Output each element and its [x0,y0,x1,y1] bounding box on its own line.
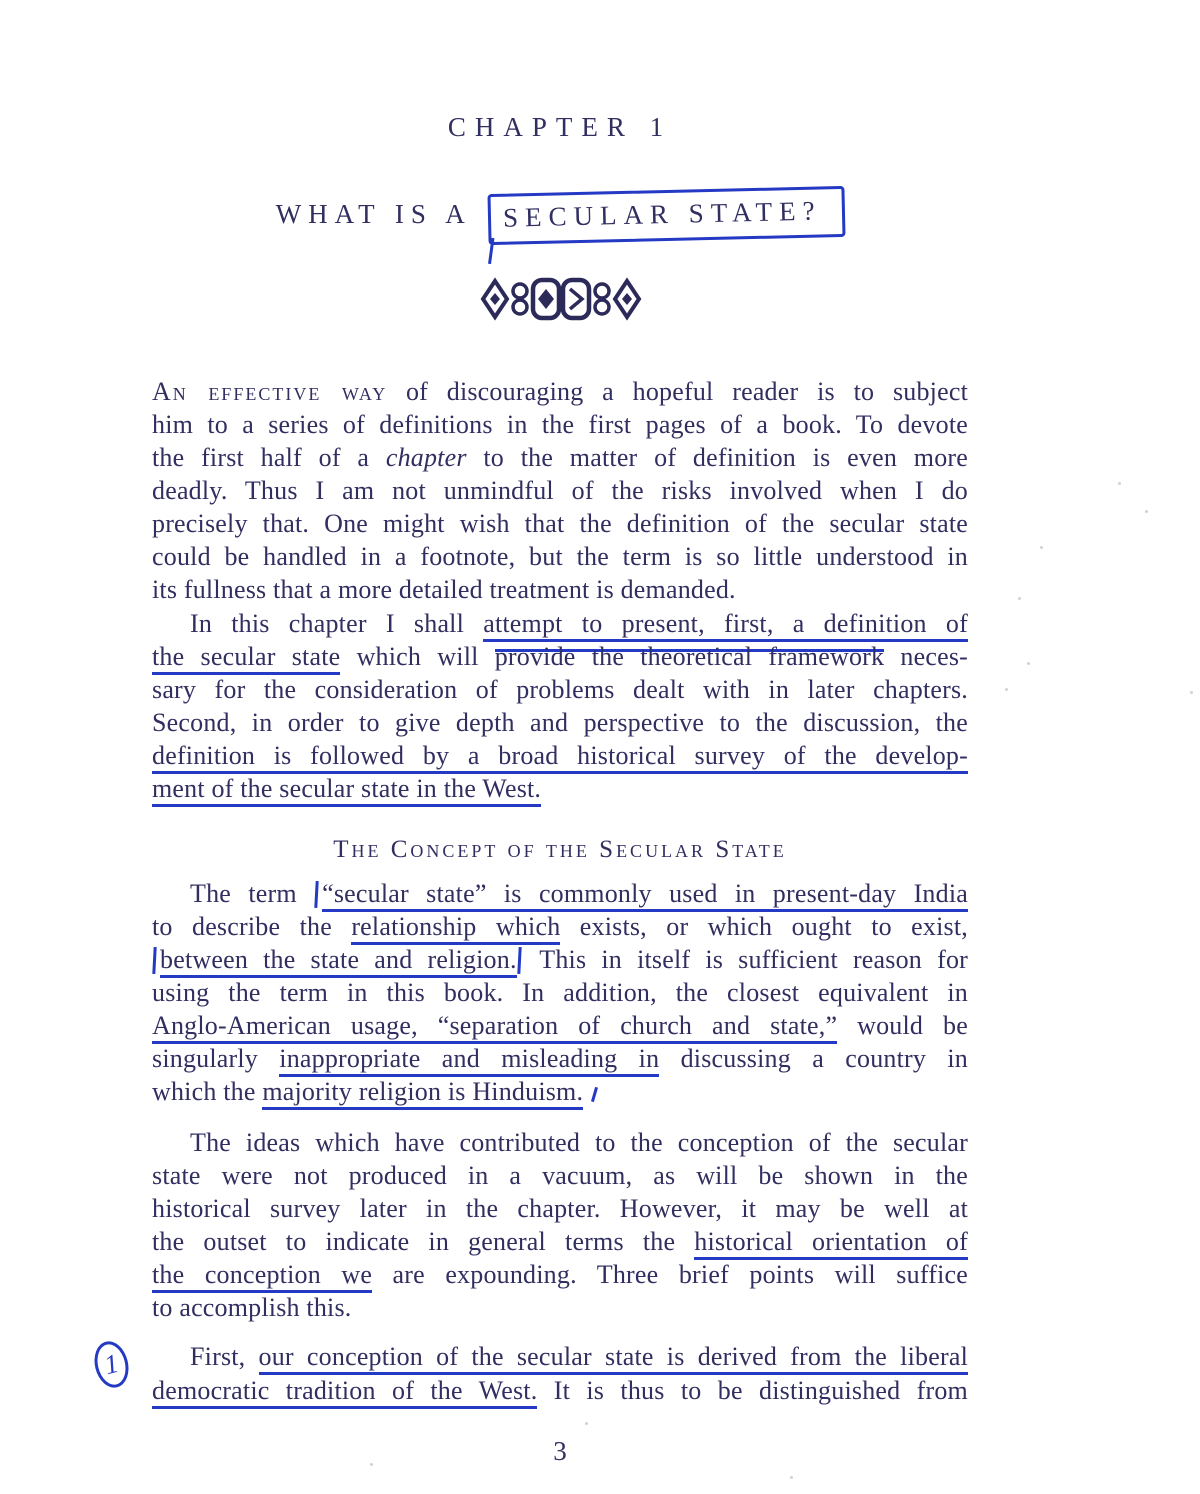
chapter-label: CHAPTER 1 [152,112,968,143]
text-line: could be handled in a footnote, but the … [152,540,968,573]
pen-underline: “secular state” is commonly used in pres… [322,879,968,912]
text-line: The term “secular state” is commonly use… [152,877,968,910]
paragraph-2: In this chapter I shall attempt to prese… [152,607,968,805]
text-line: the first half of a chapter to the matte… [152,441,968,474]
paragraph-5: First, our conception of the secular sta… [152,1340,968,1408]
pen-underline: historical orientation of [694,1227,968,1260]
pen-underline: relationship which [351,912,560,945]
pen-box-annotation: SECULAR STATE? [487,186,845,245]
pen-underline: democratic tradition of the West. [152,1376,537,1409]
margin-circle-annotation: 1 [90,1338,133,1392]
scan-speck [370,1463,373,1466]
scan-speck [1145,510,1148,513]
pen-strike-annotation: provide the theoretical framework [495,642,885,671]
text-line: singularly inappropriate and misleading … [152,1042,968,1075]
text-line: ment of the secular state in the West. [152,772,968,805]
pen-underline: inappropriate and misleading in [279,1044,659,1077]
scan-speck [1018,597,1021,600]
text-line: using the term in this book. In addition… [152,976,968,1009]
pen-underline: the conception we [152,1260,372,1293]
text-line: the outset to indicate in general terms … [152,1225,968,1258]
text-line: An effective way of discouraging a hopef… [152,375,968,408]
pen-underline: ment of the secular state in the West. [152,774,541,807]
text-line: The ideas which have contributed to the … [152,1126,968,1159]
text-line: state were not produced in a vacuum, as … [152,1159,968,1192]
pen-underline: definition is followed by a broad histor… [152,741,968,774]
text-line: historical survey later in the chapter. … [152,1192,968,1225]
text-line: definition is followed by a broad histor… [152,739,968,772]
text-line: between the state and religion. This in … [152,943,968,976]
scan-speck [1040,546,1043,549]
pen-underline: between the state and religion. [160,945,517,978]
text-line: to accomplish this. [152,1291,968,1324]
text-line: the secular state which will provide the… [152,640,968,673]
chapter-title-boxed: SECULAR STATE? [502,195,821,232]
text-line: precisely that. One might wish that the … [152,507,968,540]
pen-underline: majority religion is Hinduism. [262,1077,583,1110]
pen-underline: our conception of the secular state is d… [259,1342,968,1375]
pen-tick-annotation [591,1087,598,1102]
pen-bracket-annotation [314,881,318,908]
pen-underline: attempt to present, first, a definition … [483,609,968,642]
text-line: Anglo-American usage, “separation of chu… [152,1009,968,1042]
text-line: the conception we are expounding. Three … [152,1258,968,1291]
page-number: 3 [152,1436,968,1467]
ornament-icon [152,276,968,327]
scan-speck [1190,691,1193,694]
text-line: First, our conception of the secular sta… [152,1340,968,1374]
paragraph-3: The term “secular state” is commonly use… [152,877,968,1108]
text-line: deadly. Thus I am not unmindful of the r… [152,474,968,507]
scan-speck [585,1422,588,1425]
chapter-title: WHAT IS ASECULAR STATE? [152,190,968,241]
scan-speck [1027,662,1030,665]
paragraph-1: An effective way of discouraging a hopef… [152,375,968,606]
text-line: which the majority religion is Hinduism. [152,1075,968,1108]
text-line: him to a series of definitions in the fi… [152,408,968,441]
text-line: democratic tradition of the West. It is … [152,1374,968,1408]
section-heading: The Concept of the Secular State [152,836,968,864]
pen-bracket-annotation [517,947,521,974]
text-line: In this chapter I shall attempt to prese… [152,607,968,640]
chapter-title-prefix: WHAT IS A [276,199,472,229]
text-line: sary for the consideration of problems d… [152,673,968,706]
scan-speck [1118,482,1121,485]
pen-underline: Anglo-American usage, “separation of chu… [152,1011,837,1044]
text-line: its fullness that a more detailed treatm… [152,573,968,606]
pen-underline: the secular state [152,642,340,675]
paragraph-4: The ideas which have contributed to the … [152,1126,968,1324]
text-line: Second, in order to give depth and persp… [152,706,968,739]
scan-speck [1005,688,1008,691]
text-line: to describe the relationship which exist… [152,910,968,943]
scan-speck [790,1476,793,1479]
pen-bracket-annotation [152,947,156,974]
